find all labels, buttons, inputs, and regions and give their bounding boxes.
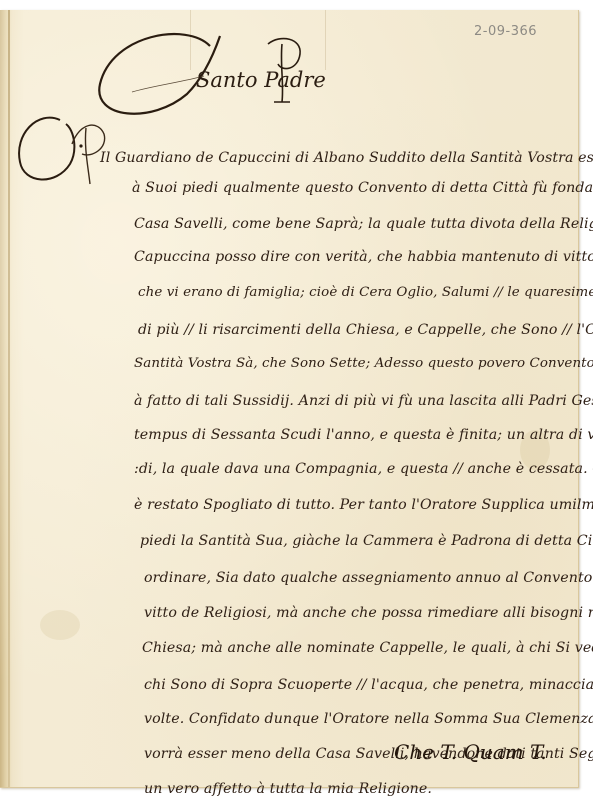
decorated-initial xyxy=(8,114,108,194)
letter-line: tempus di Sessanta Scudi l'anno, e quest… xyxy=(134,427,593,443)
letter-line: Chiesa; mà anche alle nominate Cappelle,… xyxy=(142,640,593,656)
letter-line: piedi la Santità Sua, giàche la Cammera … xyxy=(140,533,593,549)
letter-line: à Suoi piedi qualmente questo Convento d… xyxy=(132,180,593,196)
letter-line: Il Guardiano de Capuccini di Albano Sudd… xyxy=(100,150,593,166)
paper-stain xyxy=(40,610,80,640)
closing-formula: Che T. Quam T. xyxy=(394,740,547,764)
letter-line: ordinare, Sia dato qualche assegniamento… xyxy=(144,570,593,586)
letter-line: :di, la quale dava una Compagnia, e ques… xyxy=(134,461,593,477)
letter-line: Capuccina posso dire con verità, che hab… xyxy=(134,249,593,265)
letter-line: che vi erano di famiglia; cioè di Cera O… xyxy=(138,285,593,300)
letter-line: chi Sono di Sopra Scuoperte // l'acqua, … xyxy=(144,677,593,693)
letter-line: volte. Confidato dunque l'Oratore nella … xyxy=(144,711,593,727)
letter-line: Casa Savelli, come bene Saprà; la quale … xyxy=(134,216,593,232)
flourish-initial-icon xyxy=(8,114,108,194)
letter-line: di più // li risarcimenti della Chiesa, … xyxy=(138,322,593,338)
letter-line: Santità Vostra Sà, che Sono Sette; Adess… xyxy=(134,356,593,371)
letter-line: à fatto di tali Sussidij. Anzi di più vi… xyxy=(134,393,593,409)
letter-line: vitto de Religiosi, mà anche che possa r… xyxy=(144,605,593,621)
letter-line: è restato Spogliato di tutto. Per tanto … xyxy=(134,497,593,513)
archive-number: 2-09-366 xyxy=(474,24,537,39)
manuscript-page: 2-09-366 Santo Padre Il Guardiano de Cap… xyxy=(0,10,579,788)
salutation-text: Santo Padre xyxy=(196,68,326,92)
letter-line: un vero affetto à tutta la mia Religione… xyxy=(144,781,432,797)
salutation: Santo Padre xyxy=(92,24,352,134)
